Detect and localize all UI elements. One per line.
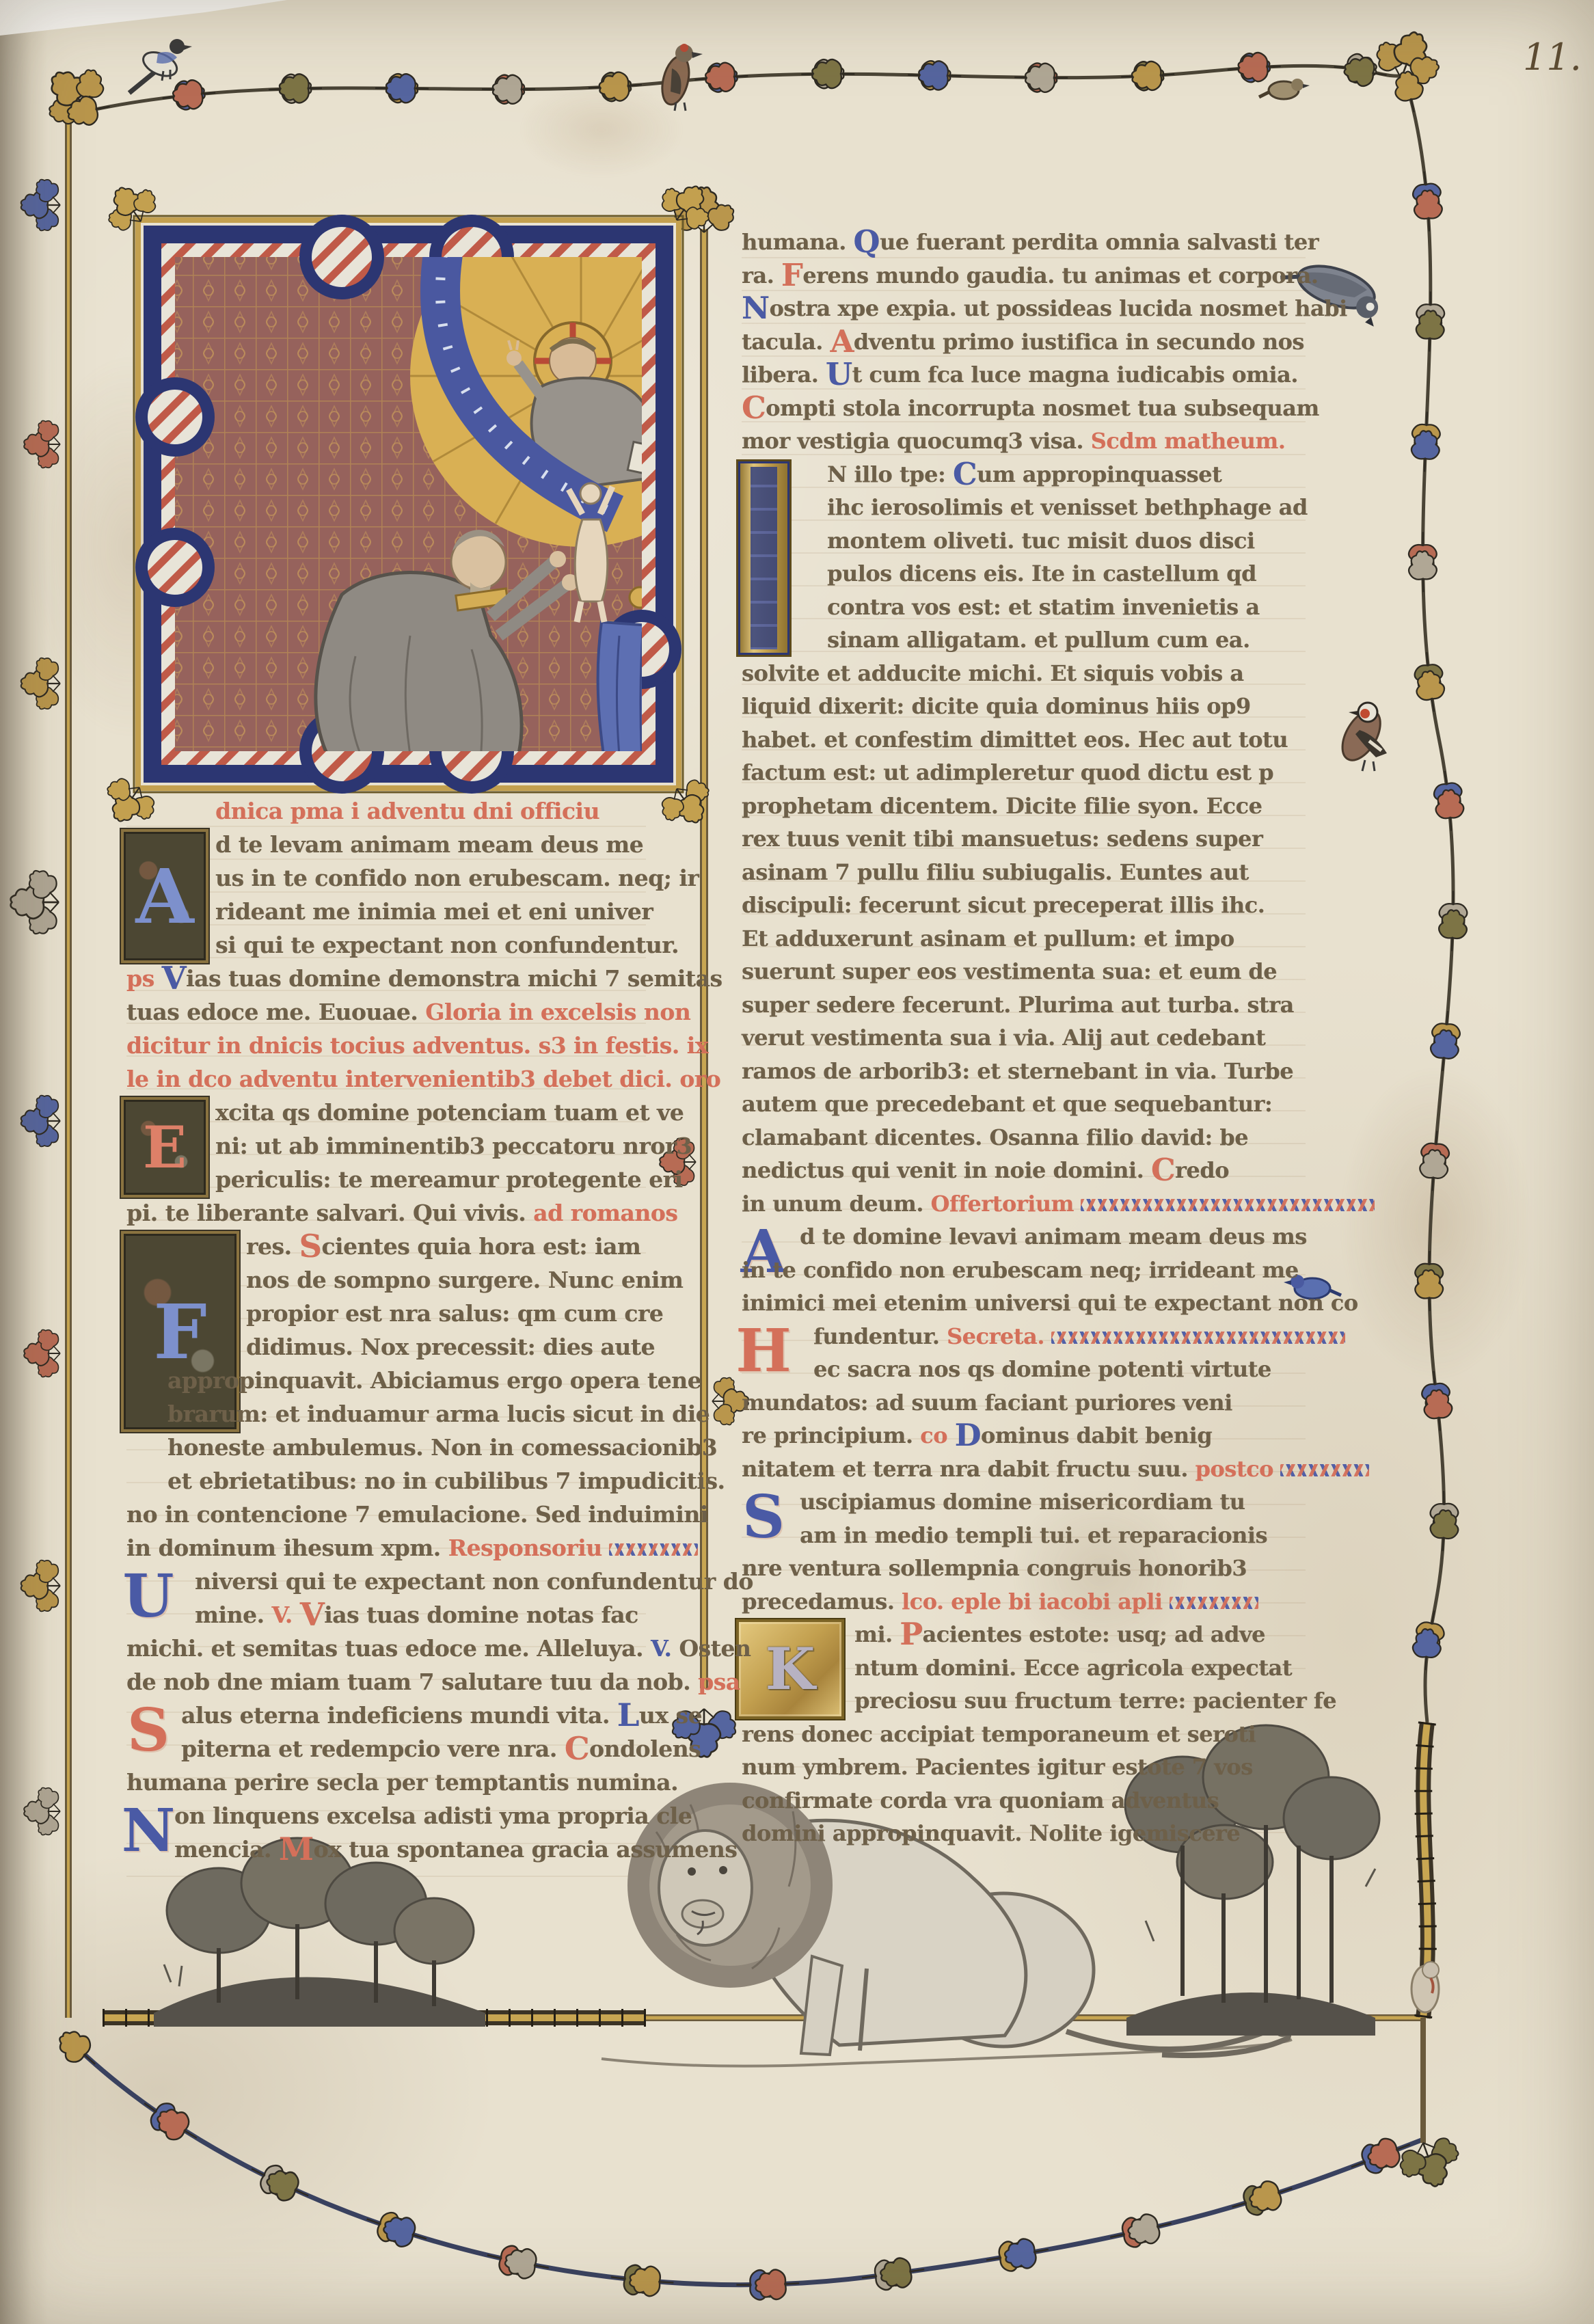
text-segment: Et adduxerunt asinam et pullum: et impo [742,925,1234,951]
text-line: piterna et redempcio vere nra. Condolens [181,1732,673,1766]
rubric-segment: le in dco adventu intervenientib3 debet … [126,1066,720,1092]
goldfinch-icon [1335,703,1388,771]
inline-initial: S [299,1228,321,1265]
text-line: nre ventura sollempnia congruis honorib3 [742,1552,1247,1585]
inline-initial: N [742,290,769,326]
text-line: ramos de arborib3: et sternebant in via.… [742,1055,1293,1088]
dropcap-initial-U: U [121,1566,176,1627]
text-line: asinam 7 pullu filiu subiugalis. Euntes … [742,856,1249,889]
text-line: honeste ambulemus. Non in comessacionib3 [167,1431,673,1464]
rubric-segment: Scdm matheum. [1091,428,1286,454]
inline-initial: C [1151,1152,1175,1188]
text-line: inimici mei etenim universi qui te expec… [742,1286,1333,1320]
text-line: ntum domini. Ecce agricola expectat [854,1651,1292,1685]
text-line: d te domine levavi animam meam deus ms [800,1220,1307,1254]
line-filler [1280,1464,1369,1476]
text-segment: d te levam animam meam deus me [215,831,643,858]
text-segment: rideant me inimia mei et eni univer [215,898,653,925]
ivy-leaf [1416,310,1445,352]
text-line: mi. Pacientes estote: usq; ad adve [854,1618,1265,1651]
text-line: factum est: ut adimpleretur quod dictu e… [742,756,1273,789]
text-line: tuas edoce me. Euouae. Gloria in excelsi… [126,995,673,1029]
text-line: rex tuus venit tibi mansuetus: sedens su… [742,822,1262,856]
inline-initial: C [565,1730,589,1767]
text-segment: honeste ambulemus. Non in comessacionib3 [167,1434,717,1461]
text-segment: um appropinquasset [977,461,1221,487]
sparrow-icon [1259,79,1310,99]
ivy-leaf [1238,52,1281,82]
text-segment: precedamus. [742,1589,902,1614]
text-line: d te levam animam meam deus me [215,828,643,861]
text-segment: brarum: et induamur arma lucis sicut in … [167,1401,710,1427]
rubric-segment: Gloria in excelsis non [425,999,690,1025]
inline-initial: C [742,390,766,426]
text-segment: clamabant dicentes. Osanna filio david: … [742,1124,1248,1150]
line-filler [1081,1199,1375,1211]
inline-initial: A [830,323,853,360]
text-line: tacula. Adventu primo iustifica in secun… [742,325,1304,359]
text-segment: piterna et redempcio vere nra. [181,1735,565,1762]
text-segment: preciosu suu fructum terre: pacienter fe [854,1688,1336,1714]
text-segment: tacula. [742,329,830,355]
text-line: rideant me inimia mei et eni univer [215,895,653,928]
text-line: re principium. co Dominus dabit benig [742,1419,1212,1452]
text-segment: et ebrietatibus: no in cubilibus 7 impud… [167,1468,725,1494]
dropcap-initial-A: A [121,829,208,963]
pale-bird-icon [1411,1962,1439,2012]
text-segment: de nob dne miam tuam 7 salutare tuu da n… [126,1668,698,1695]
text-segment: in unum deum. [742,1191,931,1217]
text-segment: pi. te liberante salvari. Qui vivis. [126,1200,533,1226]
text-segment: tuas edoce me. Euouae. [126,999,425,1025]
text-segment: mencia. [174,1836,279,1863]
text-line: libera. Ut cum fca luce magna iudicabis … [742,358,1298,392]
text-segment: inimici mei etenim universi qui te expec… [742,1290,1358,1316]
rubric-segment: ad romanos [533,1200,677,1226]
dropcap-initial-H: H [736,1321,791,1382]
text-segment: ihc ierosolimis et venisset bethphage ad [827,494,1308,520]
text-line: N illo tpe: Cum appropinquasset [827,458,1221,491]
text-line: clamabant dicentes. Osanna filio david: … [742,1121,1248,1154]
text-line: ps Vias tuas domine demonstra michi 7 se… [126,962,673,995]
text-line: habet. et confestim dimittet eos. Hec au… [742,723,1288,757]
text-segment: xcita qs domine potenciam tuam et ve [215,1099,684,1126]
text-segment: habet. et confestim dimittet eos. Hec au… [742,727,1288,753]
folio-number: 11. [1523,36,1582,79]
text-segment: appropinquavit. Abiciamus ergo opera ten… [167,1367,701,1394]
text-segment: ias tuas domine notas fac [324,1602,638,1628]
text-line: nos de sompno surgere. Nunc enim [246,1263,673,1297]
rubric-segment: psa [698,1668,740,1695]
text-segment: michi. et semitas tuas edoce me. Alleluy… [126,1635,651,1662]
dropcap-initial-S: S [121,1700,176,1761]
text-segment: ux se [639,1702,702,1729]
text-line: Nostra xpe expia. ut possideas lucida no… [742,292,1333,325]
text-segment: in te confido non erubescam neq; irridea… [742,1257,1299,1283]
ivy-leaf [812,59,854,89]
text-segment: factum est: ut adimpleretur quod dictu e… [742,759,1273,785]
ivy-leaf [1408,551,1437,593]
text-segment: humana. [742,229,853,255]
text-segment: pulos dicens eis. Ite in castellum qd [827,560,1256,586]
inline-initial: M [279,1830,314,1867]
text-segment: asinam 7 pullu filiu subiugalis. Euntes … [742,859,1249,885]
dropcap-initial-K: K [736,1619,844,1719]
text-segment: acientes estote: usq; ad adve [922,1621,1265,1647]
text-line: de nob dne miam tuam 7 salutare tuu da n… [126,1665,673,1699]
text-line: dicitur in dnicis tocius adventus. s3 in… [126,1029,673,1062]
text-segment: no in contencione 7 emulacione. Sed indu… [126,1501,708,1528]
text-line: rens donec accipiat temporaneum et serot… [742,1718,1256,1751]
rubric-segment: Offertorium [931,1191,1074,1217]
text-segment: niversi qui te expectant non confundentu… [195,1568,753,1595]
text-line: niversi qui te expectant non confundentu… [195,1565,673,1598]
text-line: autem que precedebant et que sequebantur… [742,1087,1272,1121]
ivy-leaf [919,61,962,91]
text-segment: us in te confido non erubescam. neq; ir [215,865,699,891]
text-segment: suerunt super eos vestimenta sua: et eum… [742,958,1277,984]
text-line: ihc ierosolimis et venisset bethphage ad [827,491,1308,524]
text-line: humana. Que fuerant perdita omnia salvas… [742,226,1319,259]
text-line: in unum deum. Offertorium [742,1187,1333,1221]
text-segment: re principium. [742,1422,920,1448]
text-segment: ra. [742,262,781,288]
text-line: suerunt super eos vestimenta sua: et eum… [742,955,1277,988]
line-filler [1170,1597,1258,1609]
text-segment: rex tuus venit tibi mansuetus: sedens su… [742,826,1262,852]
text-line: ra. Ferens mundo gaudia. tu animas et co… [742,259,1318,293]
text-segment: verut vestimenta sua i via. Alij aut ced… [742,1025,1265,1051]
text-segment: am in medio templi tui. et reparacionis [800,1522,1267,1548]
text-segment: res. [246,1233,299,1260]
text-segment: ntum domini. Ecce agricola expectat [854,1655,1292,1681]
manuscript-page: 11. dnica pma i adventu dni officiud te … [0,0,1594,2324]
text-line: verut vestimenta sua i via. Alij aut ced… [742,1021,1265,1055]
text-line: in te confido non erubescam neq; irridea… [742,1254,1299,1287]
text-line: xcita qs domine potenciam tuam et ve [215,1096,673,1129]
text-segment: discipuli: fecerunt sicut preceperat ill… [742,892,1265,918]
text-line: am in medio templi tui. et reparacionis [800,1519,1267,1552]
text-segment: ominus dabit benig [981,1422,1212,1448]
text-segment: ue fuerant perdita omnia salvasti ter [880,229,1319,255]
text-segment: propior est nra salus: qm cum cre [246,1300,663,1327]
text-segment: in dominum ihesum xpm. [126,1535,448,1561]
text-line: preciosu suu fructum terre: pacienter fe [854,1684,1333,1718]
rubric-segment: Responsoriu [448,1535,602,1561]
inline-initial: F [781,257,802,293]
text-segment: d te domine levavi animam meam deus ms [800,1224,1307,1249]
text-segment: alus eterna indeficiens mundi vita. [181,1702,617,1729]
rubric-segment: Secreta. [947,1323,1044,1349]
text-line: propior est nra salus: qm cum cre [246,1297,663,1330]
text-segment: t cum fca luce magna iudicabis omia. [852,362,1298,388]
inline-initial: V [300,1596,324,1633]
dropcap-initial-E: E [121,1097,208,1198]
text-line: didimus. Nox precessit: dies aute [246,1330,655,1364]
text-segment: montem oliveti. tuc misit duos disci [827,528,1255,554]
text-line: contra vos est: et statim invenietis a [827,591,1260,624]
text-segment: sinam alligatam. et pullum cum ea. [827,627,1250,653]
text-line: num ymbrem. Pacientes igitur estote 7 vo… [742,1751,1253,1784]
text-line: us in te confido non erubescam. neq; ir [215,861,673,895]
text-segment: fundentur. [813,1323,947,1349]
text-line: si qui te expectant non confundentur. [215,928,673,962]
text-segment: N illo tpe: [827,461,953,487]
woodpecker-icon [658,44,703,111]
rubric-segment: ps [126,965,162,992]
text-line: liquid dixerit: dicite quia dominus hiis… [742,690,1251,723]
text-line: precedamus. lco. eple bi iacobi apli [742,1585,1258,1619]
ivy-leaf [1411,431,1440,472]
text-line: mundatos: ad suum faciant puriores veni [742,1386,1232,1420]
text-segment: uscipiamus domine misericordiam tu [800,1489,1245,1515]
text-segment: mi. [854,1621,900,1647]
text-line: mor vestigia quocumq3 visa. Scdm matheum… [742,424,1285,458]
dropcap-initial-I: I [736,459,792,657]
text-line: brarum: et induamur arma lucis sicut in … [167,1397,673,1431]
text-line: discipuli: fecerunt sicut preceperat ill… [742,889,1265,922]
text-segment: ox tua spontanea gracia assumens [314,1836,738,1863]
inline-initial: V. [651,1635,679,1662]
miniature [92,170,781,839]
text-line: Compti stola incorrupta nosmet tua subse… [742,392,1319,425]
tree-grove-left [154,1838,485,2027]
text-segment: humana perire secla per temptantis numin… [126,1769,678,1796]
rubric-segment: postco [1195,1456,1273,1482]
inline-initial: V [162,960,186,997]
inline-initial: D [955,1417,981,1453]
text-segment: contra vos est: et statim invenietis a [827,594,1260,620]
text-line: no in contencione 7 emulacione. Sed indu… [126,1498,673,1531]
line-filler [609,1543,698,1556]
text-segment: ec sacra nos qs domine potenti virtute [813,1356,1271,1382]
text-line: domini appropinquavit. Nolite igemiscere [742,1817,1240,1850]
text-line: dnica pma i adventu dni officiu [215,794,599,828]
rubric-segment: co [920,1422,954,1448]
ivy-leaf [386,74,429,103]
inline-initial: P [900,1616,922,1652]
text-line: ec sacra nos qs domine potenti virtute [813,1353,1271,1386]
text-segment: dventu primo iustifica in secundo nos [854,329,1304,355]
text-segment: super sedere fecerunt. Plurima aut turba… [742,992,1294,1018]
rubric-segment: dnica pma i adventu dni officiu [215,798,599,824]
text-segment: didimus. Nox precessit: dies aute [246,1334,655,1360]
text-segment: redo [1175,1157,1229,1183]
text-segment: confirmate corda vra quoniam adventus [742,1787,1219,1813]
text-line: sinam alligatam. et pullum cum ea. [827,623,1250,657]
text-segment: rens donec accipiat temporaneum et serot… [742,1721,1256,1747]
text-line: pi. te liberante salvari. Qui vivis. ad … [126,1196,673,1230]
text-line: prophetam dicentem. Dicite filie syon. E… [742,789,1262,823]
text-segment: mundatos: ad suum faciant puriores veni [742,1390,1232,1416]
line-filler [1051,1332,1345,1344]
text-line: solvite et adducite michi. Et siquis vob… [742,657,1244,690]
inline-initial: L [617,1697,639,1733]
text-segment: domini appropinquavit. Nolite igemiscere [742,1820,1240,1846]
ivy-leaf [1414,1269,1444,1311]
text-segment: nos de sompno surgere. Nunc enim [246,1267,683,1293]
text-segment: nedictus qui venit in noie domini. [742,1157,1151,1183]
text-line: le in dco adventu intervenientib3 debet … [126,1062,673,1096]
text-segment: libera. [742,362,826,388]
text-segment: erens mundo gaudia. tu animas et corpora… [802,262,1318,288]
text-line: Et adduxerunt asinam et pullum: et impo [742,922,1234,956]
dropcap-initial-N: N [121,1800,176,1862]
text-line: nitatem et terra nra dabit fructu suu. p… [742,1452,1333,1486]
text-segment: si qui te expectant non confundentur. [215,932,679,958]
text-line: uscipiamus domine misericordiam tu [800,1485,1245,1519]
rubric-segment: V. [271,1602,299,1628]
text-line: in dominum ihesum xpm. Responsoriu [126,1531,673,1565]
text-line: mencia. Mox tua spontanea gracia assumen… [174,1833,673,1866]
text-line: pulos dicens eis. Ite in castellum qd [827,557,1256,591]
text-segment: mine. [195,1602,271,1628]
text-segment: prophetam dicentem. Dicite filie syon. E… [742,793,1262,819]
text-segment: cientes quia hora est: iam [321,1233,640,1260]
text-line: nedictus qui venit in noie domini. Credo [742,1154,1229,1187]
text-segment: nitatem et terra nra dabit fructu suu. [742,1456,1195,1482]
text-line: ni: ut ab imminentib3 peccatoru nror3 [215,1129,673,1163]
text-line: montem oliveti. tuc misit duos disci [827,524,1255,558]
text-segment: autem que precedebant et que sequebantur… [742,1091,1272,1117]
text-line: michi. et semitas tuas edoce me. Alleluy… [126,1632,673,1665]
text-segment: solvite et adducite michi. Et siquis vob… [742,660,1244,686]
rubric-segment: dicitur in dnicis tocius adventus. s3 in… [126,1032,708,1059]
text-line: on linquens excelsa adisti yma propria c… [174,1799,673,1833]
text-segment: mor vestigia quocumq3 visa. [742,428,1091,454]
text-line: periculis: te mereamur protegente eri [215,1163,673,1196]
ivy-leaf [1025,64,1068,92]
text-line: appropinquavit. Abiciamus ergo opera ten… [167,1364,673,1397]
text-line: mine. V. Vias tuas domine notas fac [195,1598,638,1632]
ivy-leaf [493,75,536,104]
rubric-segment: lco. eple bi iacobi apli [902,1589,1163,1614]
text-segment: ias tuas domine demonstra michi 7 semita… [186,965,722,992]
text-line: res. Scientes quia hora est: iam [246,1230,640,1263]
text-segment: periculis: te mereamur protegente eri [215,1166,683,1193]
text-segment: ramos de arborib3: et sternebant in via.… [742,1058,1293,1084]
text-segment: ondolens [589,1735,701,1762]
text-segment: nre ventura sollempnia congruis honorib3 [742,1555,1247,1581]
text-segment: ompti stola incorrupta nosmet tua subseq… [766,395,1319,421]
text-line: super sedere fecerunt. Plurima aut turba… [742,988,1294,1022]
text-segment: ni: ut ab imminentib3 peccatoru nror3 [215,1133,692,1159]
inline-initial: C [953,456,977,492]
ivy-leaf [280,74,322,103]
text-segment: on linquens excelsa adisti yma propria c… [174,1802,692,1829]
inline-initial: Q [853,224,880,260]
text-segment: Osten [679,1635,751,1662]
inline-initial: U [826,356,852,392]
dropcap-initial-S: S [736,1487,791,1548]
text-line: confirmate corda vra quoniam adventus [742,1784,1219,1818]
text-segment: num ymbrem. Pacientes igitur estote 7 vo… [742,1754,1253,1780]
text-segment: liquid dixerit: dicite quia dominus hiis… [742,693,1251,719]
text-line: humana perire secla per temptantis numin… [126,1766,673,1799]
text-segment: ostra xpe expia. ut possideas lucida nos… [769,295,1347,321]
text-line: fundentur. Secreta. [813,1320,1333,1353]
text-line: alus eterna indeficiens mundi vita. Lux … [181,1699,673,1732]
text-line: et ebrietatibus: no in cubilibus 7 impud… [167,1464,673,1498]
